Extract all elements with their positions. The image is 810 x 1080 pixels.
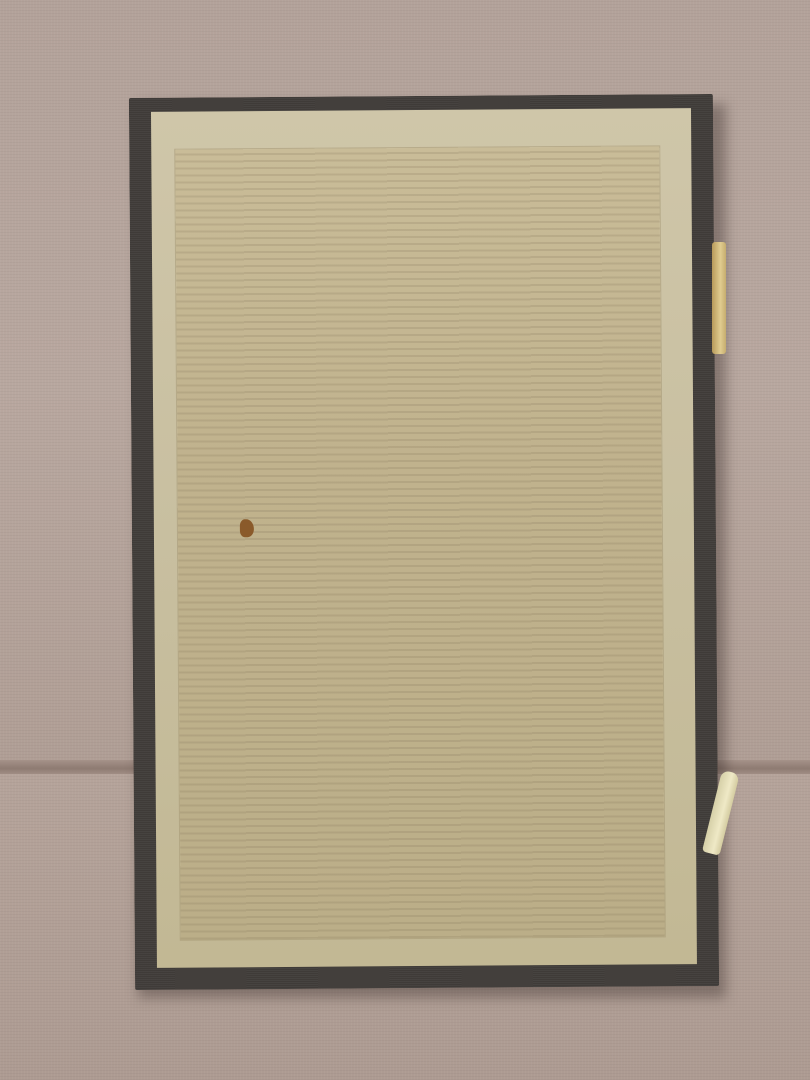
stain-mark (240, 519, 254, 537)
pasted-paper (151, 108, 697, 968)
clasp-top (712, 242, 726, 354)
book-cover (129, 94, 719, 990)
bleed-through-text-area (175, 146, 665, 939)
